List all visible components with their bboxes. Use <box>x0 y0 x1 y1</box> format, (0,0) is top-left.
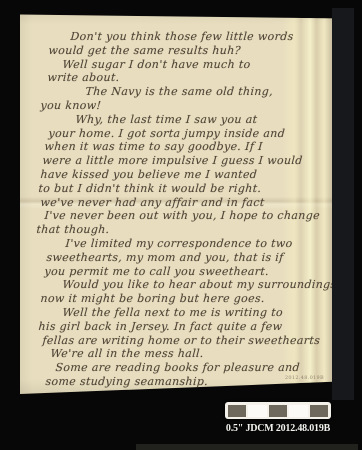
letter-line: now it might be boring but here goes. <box>34 292 329 306</box>
letter-line: would get the same results huh? <box>34 44 329 58</box>
background-shadow-strip <box>332 8 354 400</box>
table-edge-strip <box>136 444 358 450</box>
letter-line: I've limited my correspondence to two <box>34 237 329 251</box>
scale-square-dark <box>269 405 288 417</box>
letter-line: to but I didn't think it would be right. <box>34 182 329 196</box>
letter-line: sweethearts, my mom and you, that is if <box>34 251 329 265</box>
letter-line: Would you like to hear about my surround… <box>34 278 329 292</box>
accession-pencil-mark: 2012.48.019B <box>285 375 324 381</box>
letter-line: were a little more impulsive I guess I w… <box>34 154 329 168</box>
scale-square-light <box>289 405 308 417</box>
letter-line: Well sugar I don't have much to <box>34 58 329 72</box>
letter-photograph: Don't you think those few little wordswo… <box>0 0 362 450</box>
letter-line: you permit me to call you sweetheart. <box>34 265 329 279</box>
letter-line: we've never had any affair and in fact <box>34 196 329 210</box>
letter-line: fellas are writing home or to their swee… <box>34 334 329 348</box>
letter-line: when it was time to say goodbye. If I <box>34 140 329 154</box>
scale-square-dark <box>228 405 247 417</box>
letter-line: write about. <box>34 71 329 85</box>
letter-line: Well the fella next to me is writing to <box>34 306 329 320</box>
letter-line: that though. <box>34 223 329 237</box>
letter-line: your home. I got sorta jumpy inside and <box>34 127 329 141</box>
letter-paper: Don't you think those few little wordswo… <box>20 13 332 394</box>
letter-line: you know! <box>34 99 329 113</box>
letter-line: Some are reading books for pleasure and <box>34 361 329 375</box>
grayscale-scale-bar <box>225 402 331 419</box>
letter-line: have kissed you believe me I wanted <box>34 168 329 182</box>
scale-square-dark <box>310 405 329 417</box>
letter-line: his girl back in Jersey. In fact quite a… <box>34 320 329 334</box>
letter-line: We're all in the mess hall. <box>34 347 329 361</box>
catalog-caption: 0.5" JDCM 2012.48.019B <box>216 423 340 434</box>
letter-line: Why, the last time I saw you at <box>34 113 329 127</box>
letter-line: The Navy is the same old thing, <box>34 85 329 99</box>
letter-body: Don't you think those few little wordswo… <box>20 13 332 394</box>
scale-square-light <box>248 405 267 417</box>
letter-line: Don't you think those few little words <box>34 30 329 44</box>
letter-line: I've never been out with you, I hope to … <box>34 209 329 223</box>
